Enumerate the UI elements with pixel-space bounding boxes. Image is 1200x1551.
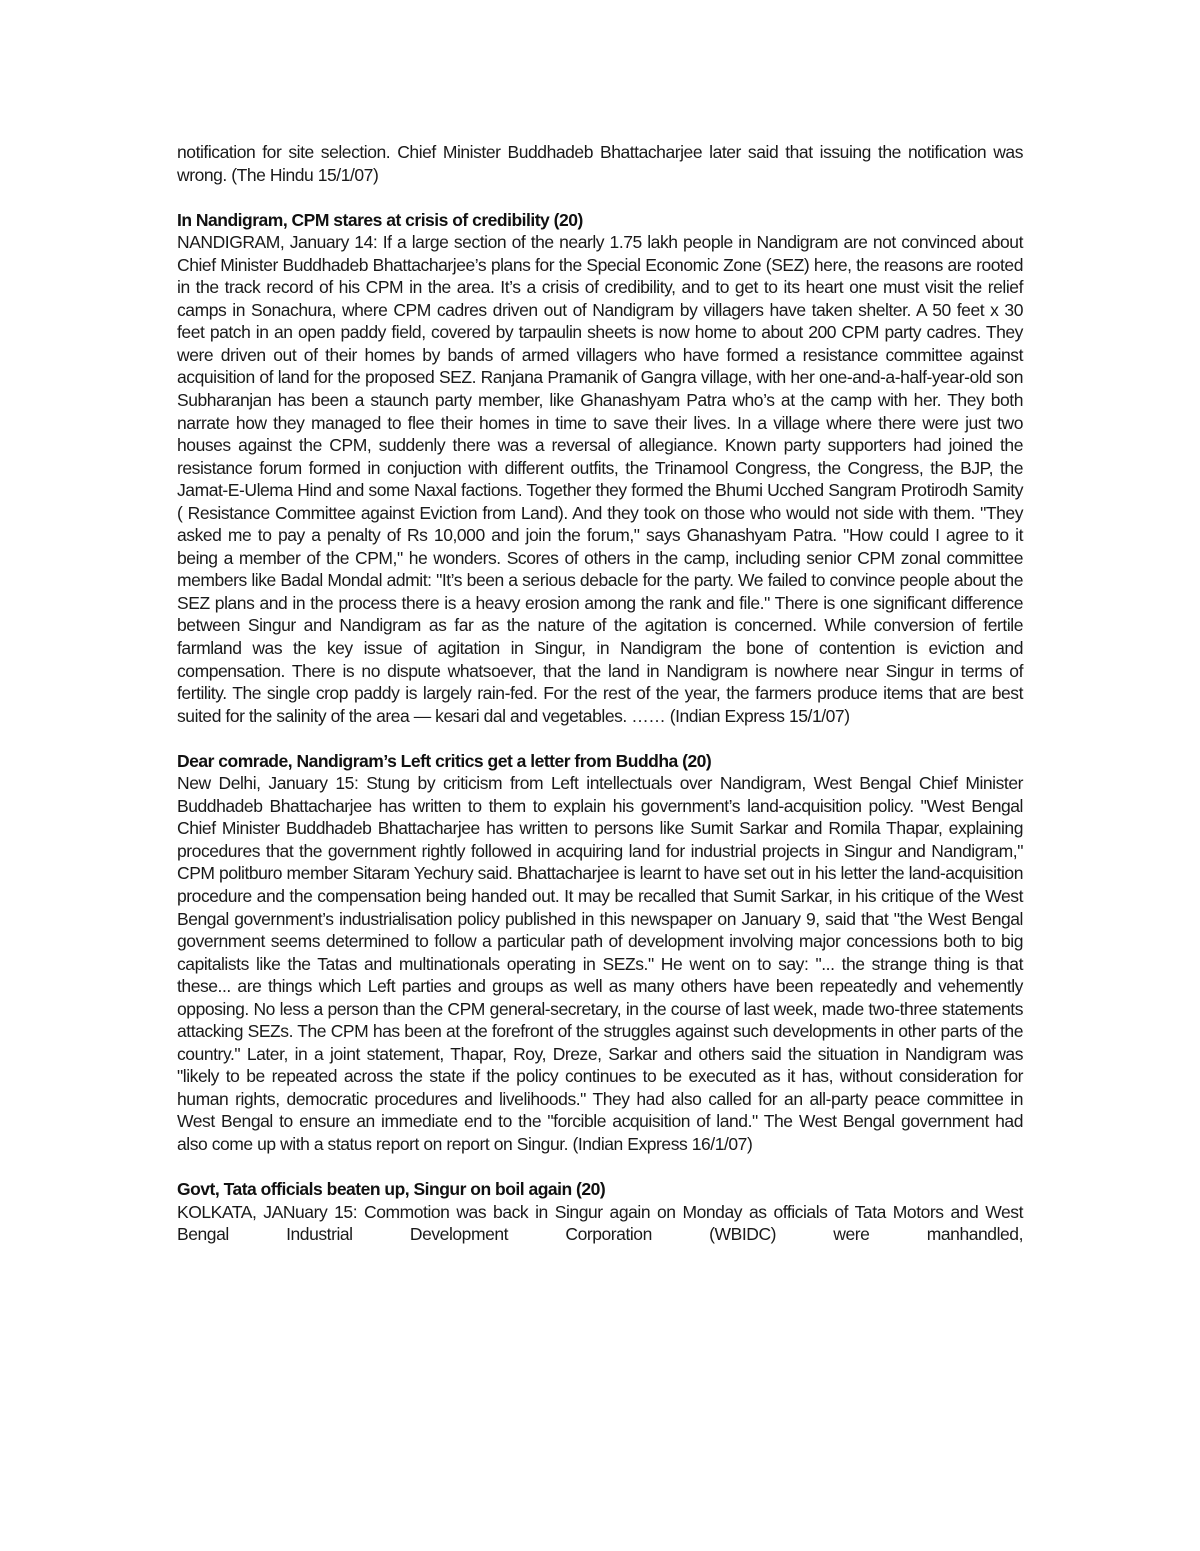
article-headline: In Nandigram, CPM stares at crisis of cr…: [177, 209, 1023, 232]
article-headline: Govt, Tata officials beaten up, Singur o…: [177, 1178, 1023, 1201]
article-headline: Dear comrade, Nandigram’s Left critics g…: [177, 750, 1023, 773]
article-body: New Delhi, January 15: Stung by criticis…: [177, 772, 1023, 1155]
article-nandigram-crisis: In Nandigram, CPM stares at crisis of cr…: [177, 209, 1023, 728]
article-body: NANDIGRAM, January 14: If a large sectio…: [177, 231, 1023, 727]
article-dear-comrade: Dear comrade, Nandigram’s Left critics g…: [177, 750, 1023, 1156]
document-page: notification for site selection. Chief M…: [177, 141, 1023, 1246]
article-body: KOLKATA, JANuary 15: Commotion was back …: [177, 1201, 1023, 1246]
intro-paragraph: notification for site selection. Chief M…: [177, 141, 1023, 186]
article-singur-boil: Govt, Tata officials beaten up, Singur o…: [177, 1178, 1023, 1246]
